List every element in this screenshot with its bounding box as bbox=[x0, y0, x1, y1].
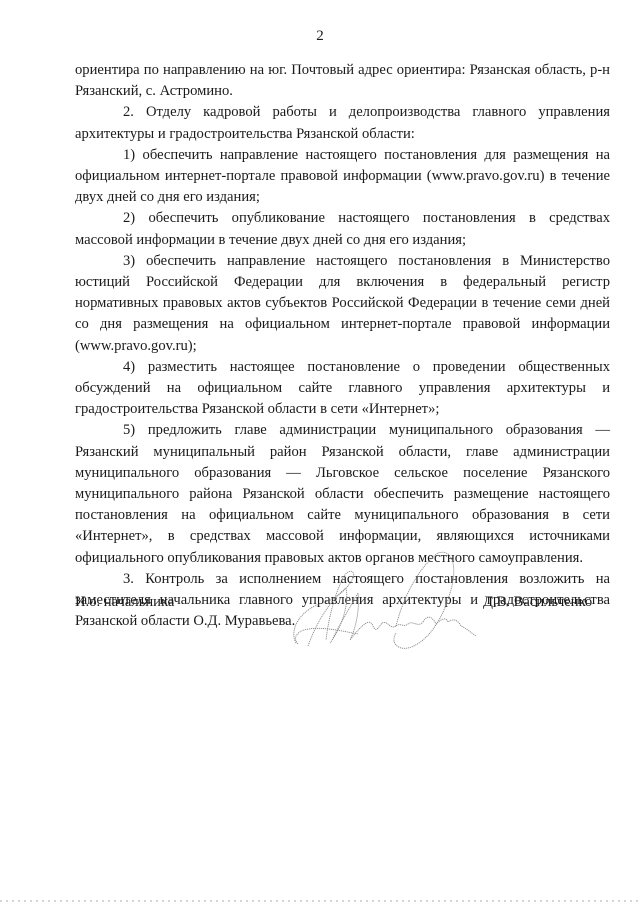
handwritten-signature-icon bbox=[278, 548, 478, 663]
scan-artifact bbox=[0, 900, 640, 902]
document-body: ориентира по направлению на юг. Почтовый… bbox=[75, 60, 610, 632]
paragraph: 2. Отделу кадровой работы и делопроизвод… bbox=[75, 102, 610, 144]
paragraph: ориентира по направлению на юг. Почтовый… bbox=[75, 60, 610, 102]
page-number: 2 bbox=[0, 28, 640, 45]
paragraph: 1) обеспечить направление настоящего пос… bbox=[75, 145, 610, 209]
signatory-title: И.о. начальника bbox=[75, 594, 174, 611]
paragraph: 4) разместить настоящее постановление о … bbox=[75, 357, 610, 421]
signatory-name: Д.В. Васильченко bbox=[483, 594, 592, 611]
paragraph: 3) обеспечить направление настоящего пос… bbox=[75, 251, 610, 357]
paragraph: 5) предложить главе администрации муници… bbox=[75, 420, 610, 568]
paragraph: 2) обеспечить опубликование настоящего п… bbox=[75, 208, 610, 250]
